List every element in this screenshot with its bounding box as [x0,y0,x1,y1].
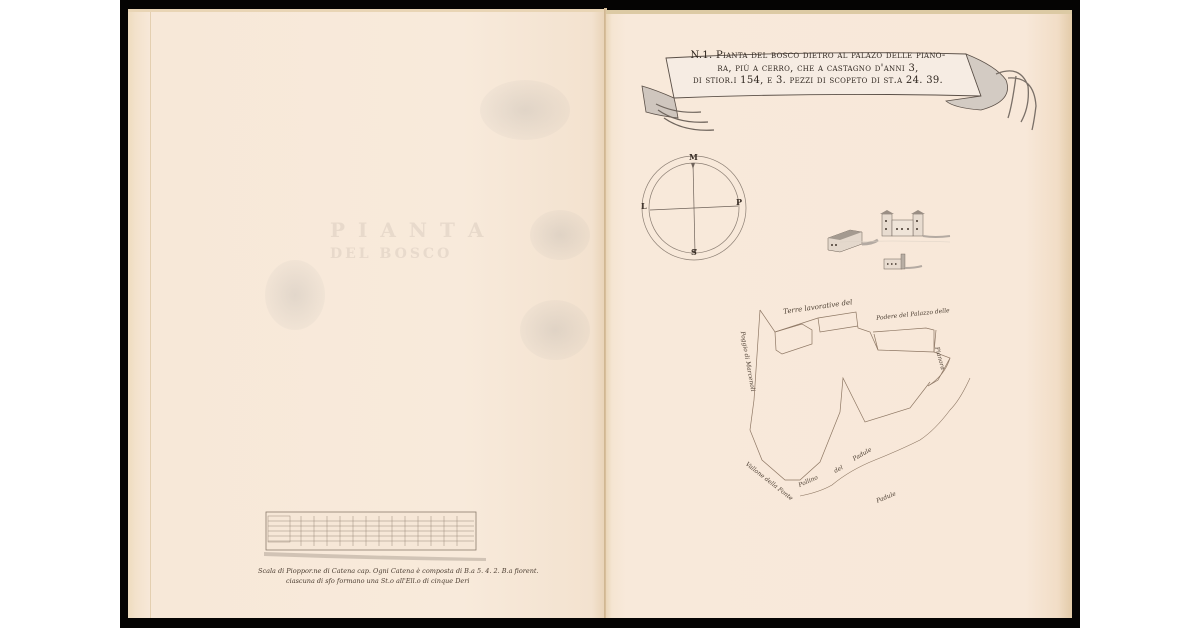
estate-map-outline [740,300,980,500]
chapel-icon [884,254,922,269]
scale-bar [264,508,484,563]
building-illustrations [820,200,960,275]
compass-north-label: M [689,152,698,162]
scale-caption: Scala di Pioppor.ne di Catena cap. Ogni … [258,566,490,586]
compass-east-label: P [736,197,742,207]
compass-west-label: L [641,201,647,211]
showthrough-text: DEL BOSCO [330,246,452,262]
showthrough-stain [530,210,590,260]
showthrough-stain [520,300,590,360]
showthrough-text: P I A N T A [330,218,486,242]
map-title: N.1. Pianta del bosco dietro al palazo d… [668,50,968,88]
showthrough-stain [265,260,325,330]
left-page-margin-line [150,12,151,618]
showthrough-stain [480,80,570,140]
compass-south-label: S [691,247,697,257]
villa-icon [880,210,950,237]
